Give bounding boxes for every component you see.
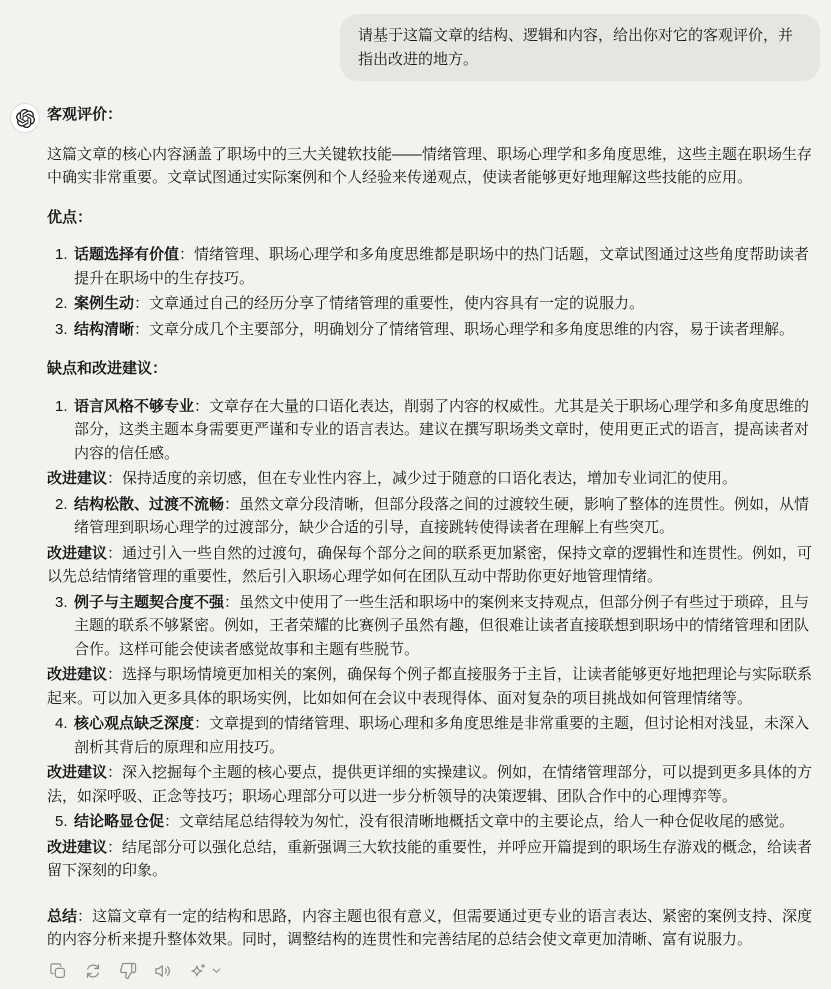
sparkle-icon [189,962,207,980]
summary-paragraph: 总结：这篇文章有一定的结构和思路，内容主题也很有意义，但需要通过更专业的语言表达… [47,905,820,952]
suggestion-text: ：通过引入一些自然的过渡句，确保每个部分之间的联系更加紧密，保持文章的逻辑性和连… [47,545,812,586]
assistant-message: 客观评价： 这篇文章的核心内容涵盖了职场中的三大关键软技能——情绪管理、职场心理… [47,103,820,982]
list-item: 2. 案例生动：文章通过自己的经历分享了情绪管理的重要性，使内容具有一定的说服力… [47,292,820,316]
chat-page: 请基于这篇文章的结构、逻辑和内容，给出你对它的客观评价，并指出改进的地方。 客观… [0,0,831,989]
item-label: 核心观点缺乏深度 [74,715,194,732]
item-text: ：文章结尾总结得较为匆忙，没有很清晰地概括文章中的主要论点，给人一种仓促收尾的感… [164,813,794,830]
user-message-row: 请基于这篇文章的结构、逻辑和内容，给出你对它的客观评价，并指出改进的地方。 [10,14,820,81]
summary-text: ：这篇文章有一定的结构和思路，内容主题也很有意义，但需要通过更专业的语言表达、紧… [47,908,812,949]
list-item: 1. 语言风格不够专业：文章存在大量的口语化表达，削弱了内容的权威性。尤其是关于… [47,395,820,466]
summary-label: 总结 [47,908,77,925]
list-marker: 3. [55,318,68,342]
item-label: 案例生动 [74,295,134,312]
user-message-bubble: 请基于这篇文章的结构、逻辑和内容，给出你对它的客观评价，并指出改进的地方。 [340,14,820,81]
suggestion-label: 改进建议 [47,545,107,562]
strengths-list: 1. 话题选择有价值：情绪管理、职场心理学和多角度思维都是职场中的热门话题，文章… [47,243,820,341]
speaker-icon [154,962,172,980]
copy-button[interactable] [47,960,69,982]
item-label: 结构松散、过渡不流畅 [74,496,224,513]
objective-review-heading: 客观评价： [47,103,820,127]
thumbs-down-icon [119,962,137,980]
suggestion-text: ：选择与职场情境更加相关的案例，确保每个例子都直接服务于主旨，让读者能够更好地把… [47,666,812,707]
item-label: 结论略显仓促 [74,813,164,830]
item-label: 话题选择有价值 [74,246,179,263]
weaknesses-heading: 缺点和改进建议： [47,357,820,381]
suggestion-label: 改进建议 [47,764,107,781]
regenerate-button[interactable] [82,960,104,982]
list-item: 3. 结构清晰：文章分成几个主要部分，明确划分了情绪管理、职场心理学和多角度思维… [47,318,820,342]
assistant-message-row: 客观评价： 这篇文章的核心内容涵盖了职场中的三大关键软技能——情绪管理、职场心理… [10,103,820,982]
list-marker: 3. [55,591,68,615]
list-marker: 4. [55,712,68,736]
suggestion-label: 改进建议 [47,470,107,487]
suggestion-label: 改进建议 [47,839,107,856]
copy-icon [49,962,67,980]
item-label: 结构清晰 [74,321,134,338]
list-item: 4. 核心观点缺乏深度：文章提到的情绪管理、职场心理和多角度思维是非常重要的主题… [47,712,820,759]
suggestion-text: ：保持适度的亲切感，但在专业性内容上，减少过于随意的口语化表达，增加专业词汇的使… [107,470,737,487]
item-label: 例子与主题契合度不强 [74,594,224,611]
list-marker: 2. [55,493,68,517]
intro-paragraph: 这篇文章的核心内容涵盖了职场中的三大关键软技能——情绪管理、职场心理学和多角度思… [47,143,820,190]
suggestion-text: ：深入挖掘每个主题的核心要点，提供更详细的实操建议。例如，在情绪管理部分，可以提… [47,764,812,805]
improvement-suggestion: 改进建议：通过引入一些自然的过渡句，确保每个部分之间的联系更加紧密，保持文章的逻… [47,542,820,589]
list-item: 5. 结论略显仓促：文章结尾总结得较为匆忙，没有很清晰地概括文章中的主要论点，给… [47,810,820,834]
list-item: 2. 结构松散、过渡不流畅：虽然文章分段清晰，但部分段落之间的过渡较生硬，影响了… [47,493,820,540]
regenerate-icon [84,962,102,980]
list-item: 3. 例子与主题契合度不强：虽然文中使用了一些生活和职场中的案例来支持观点，但部… [47,591,820,662]
model-switcher-button[interactable] [187,960,225,982]
improvement-suggestion: 改进建议：结尾部分可以强化总结，重新强调三大软技能的重要性，并呼应开篇提到的职场… [47,836,820,883]
read-aloud-button[interactable] [152,960,174,982]
improvement-suggestion: 改进建议：深入挖掘每个主题的核心要点，提供更详细的实操建议。例如，在情绪管理部分… [47,761,820,808]
item-text: ：文章分成几个主要部分，明确划分了情绪管理、职场心理学和多角度思维的内容，易于读… [134,321,794,338]
user-message-text: 请基于这篇文章的结构、逻辑和内容，给出你对它的客观评价，并指出改进的地方。 [358,27,793,68]
item-text: ：文章通过自己的经历分享了情绪管理的重要性，使内容具有一定的说服力。 [134,295,644,312]
strengths-heading: 优点： [47,206,820,230]
weaknesses-list: 1. 语言风格不够专业：文章存在大量的口语化表达，削弱了内容的权威性。尤其是关于… [47,395,820,883]
list-item: 1. 话题选择有价值：情绪管理、职场心理学和多角度思维都是职场中的热门话题，文章… [47,243,820,290]
openai-logo-icon [16,109,35,128]
item-text: ：情绪管理、职场心理学和多角度思维都是职场中的热门话题，文章试图通过这些角度帮助… [74,246,809,287]
chevron-down-icon [210,964,223,977]
improvement-suggestion: 改进建议：保持适度的亲切感，但在专业性内容上，减少过于随意的口语化表达，增加专业… [47,467,820,491]
list-marker: 1. [55,243,68,267]
suggestion-text: ：结尾部分可以强化总结，重新强调三大软技能的重要性，并呼应开篇提到的职场生存游戏… [47,839,812,880]
assistant-avatar [10,103,40,133]
item-label: 语言风格不够专业 [74,398,194,415]
list-marker: 2. [55,292,68,316]
suggestion-label: 改进建议 [47,666,107,683]
list-marker: 5. [55,810,68,834]
list-marker: 1. [55,395,68,419]
message-actions [47,960,820,982]
improvement-suggestion: 改进建议：选择与职场情境更加相关的案例，确保每个例子都直接服务于主旨，让读者能够… [47,663,820,710]
thumbs-down-button[interactable] [117,960,139,982]
